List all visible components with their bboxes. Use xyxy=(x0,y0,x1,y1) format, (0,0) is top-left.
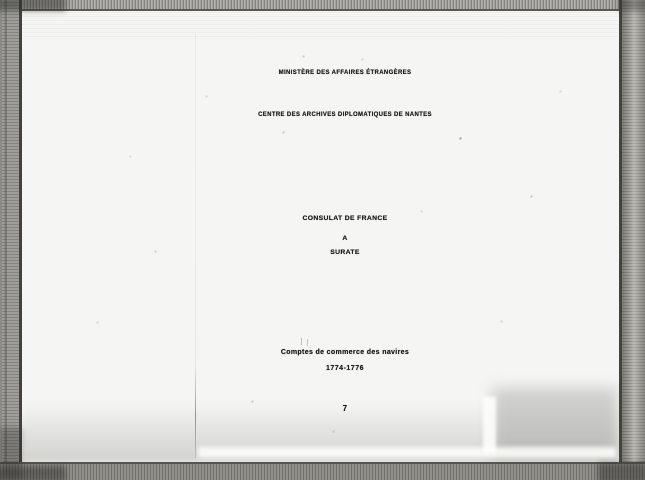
subject-line: Comptes de commerce des navires xyxy=(172,349,518,356)
consulate-preposition: A xyxy=(172,235,518,242)
archive-center-heading: CENTRE DES ARCHIVES DIPLOMATIQUES DE NAN… xyxy=(172,112,518,118)
scan-streaks-top xyxy=(22,11,619,37)
consulate-city: SURATE xyxy=(172,249,518,256)
frame-corner-top-left xyxy=(0,0,66,11)
frame-shadow-left-bottom xyxy=(0,428,22,480)
film-border-top xyxy=(0,0,645,11)
page-number: 7 xyxy=(172,404,518,413)
film-border-left xyxy=(0,0,22,480)
scan-light-streak xyxy=(198,447,616,458)
ministry-heading: MINISTÈRE DES AFFAIRES ÉTRANGÈRES xyxy=(172,70,518,76)
consulate-title: CONSULAT DE FRANCE xyxy=(172,215,518,222)
date-range: 1774-1776 xyxy=(172,365,518,372)
frame-corner-bottom-right xyxy=(598,463,645,480)
page-left-edge-line xyxy=(195,34,196,458)
film-border-bottom xyxy=(0,462,645,480)
film-border-right xyxy=(619,0,645,480)
pencil-mark xyxy=(301,338,302,345)
frame-corner-top-right xyxy=(619,0,645,11)
microfilm-scan: MINISTÈRE DES AFFAIRES ÉTRANGÈRES CENTRE… xyxy=(0,0,645,480)
